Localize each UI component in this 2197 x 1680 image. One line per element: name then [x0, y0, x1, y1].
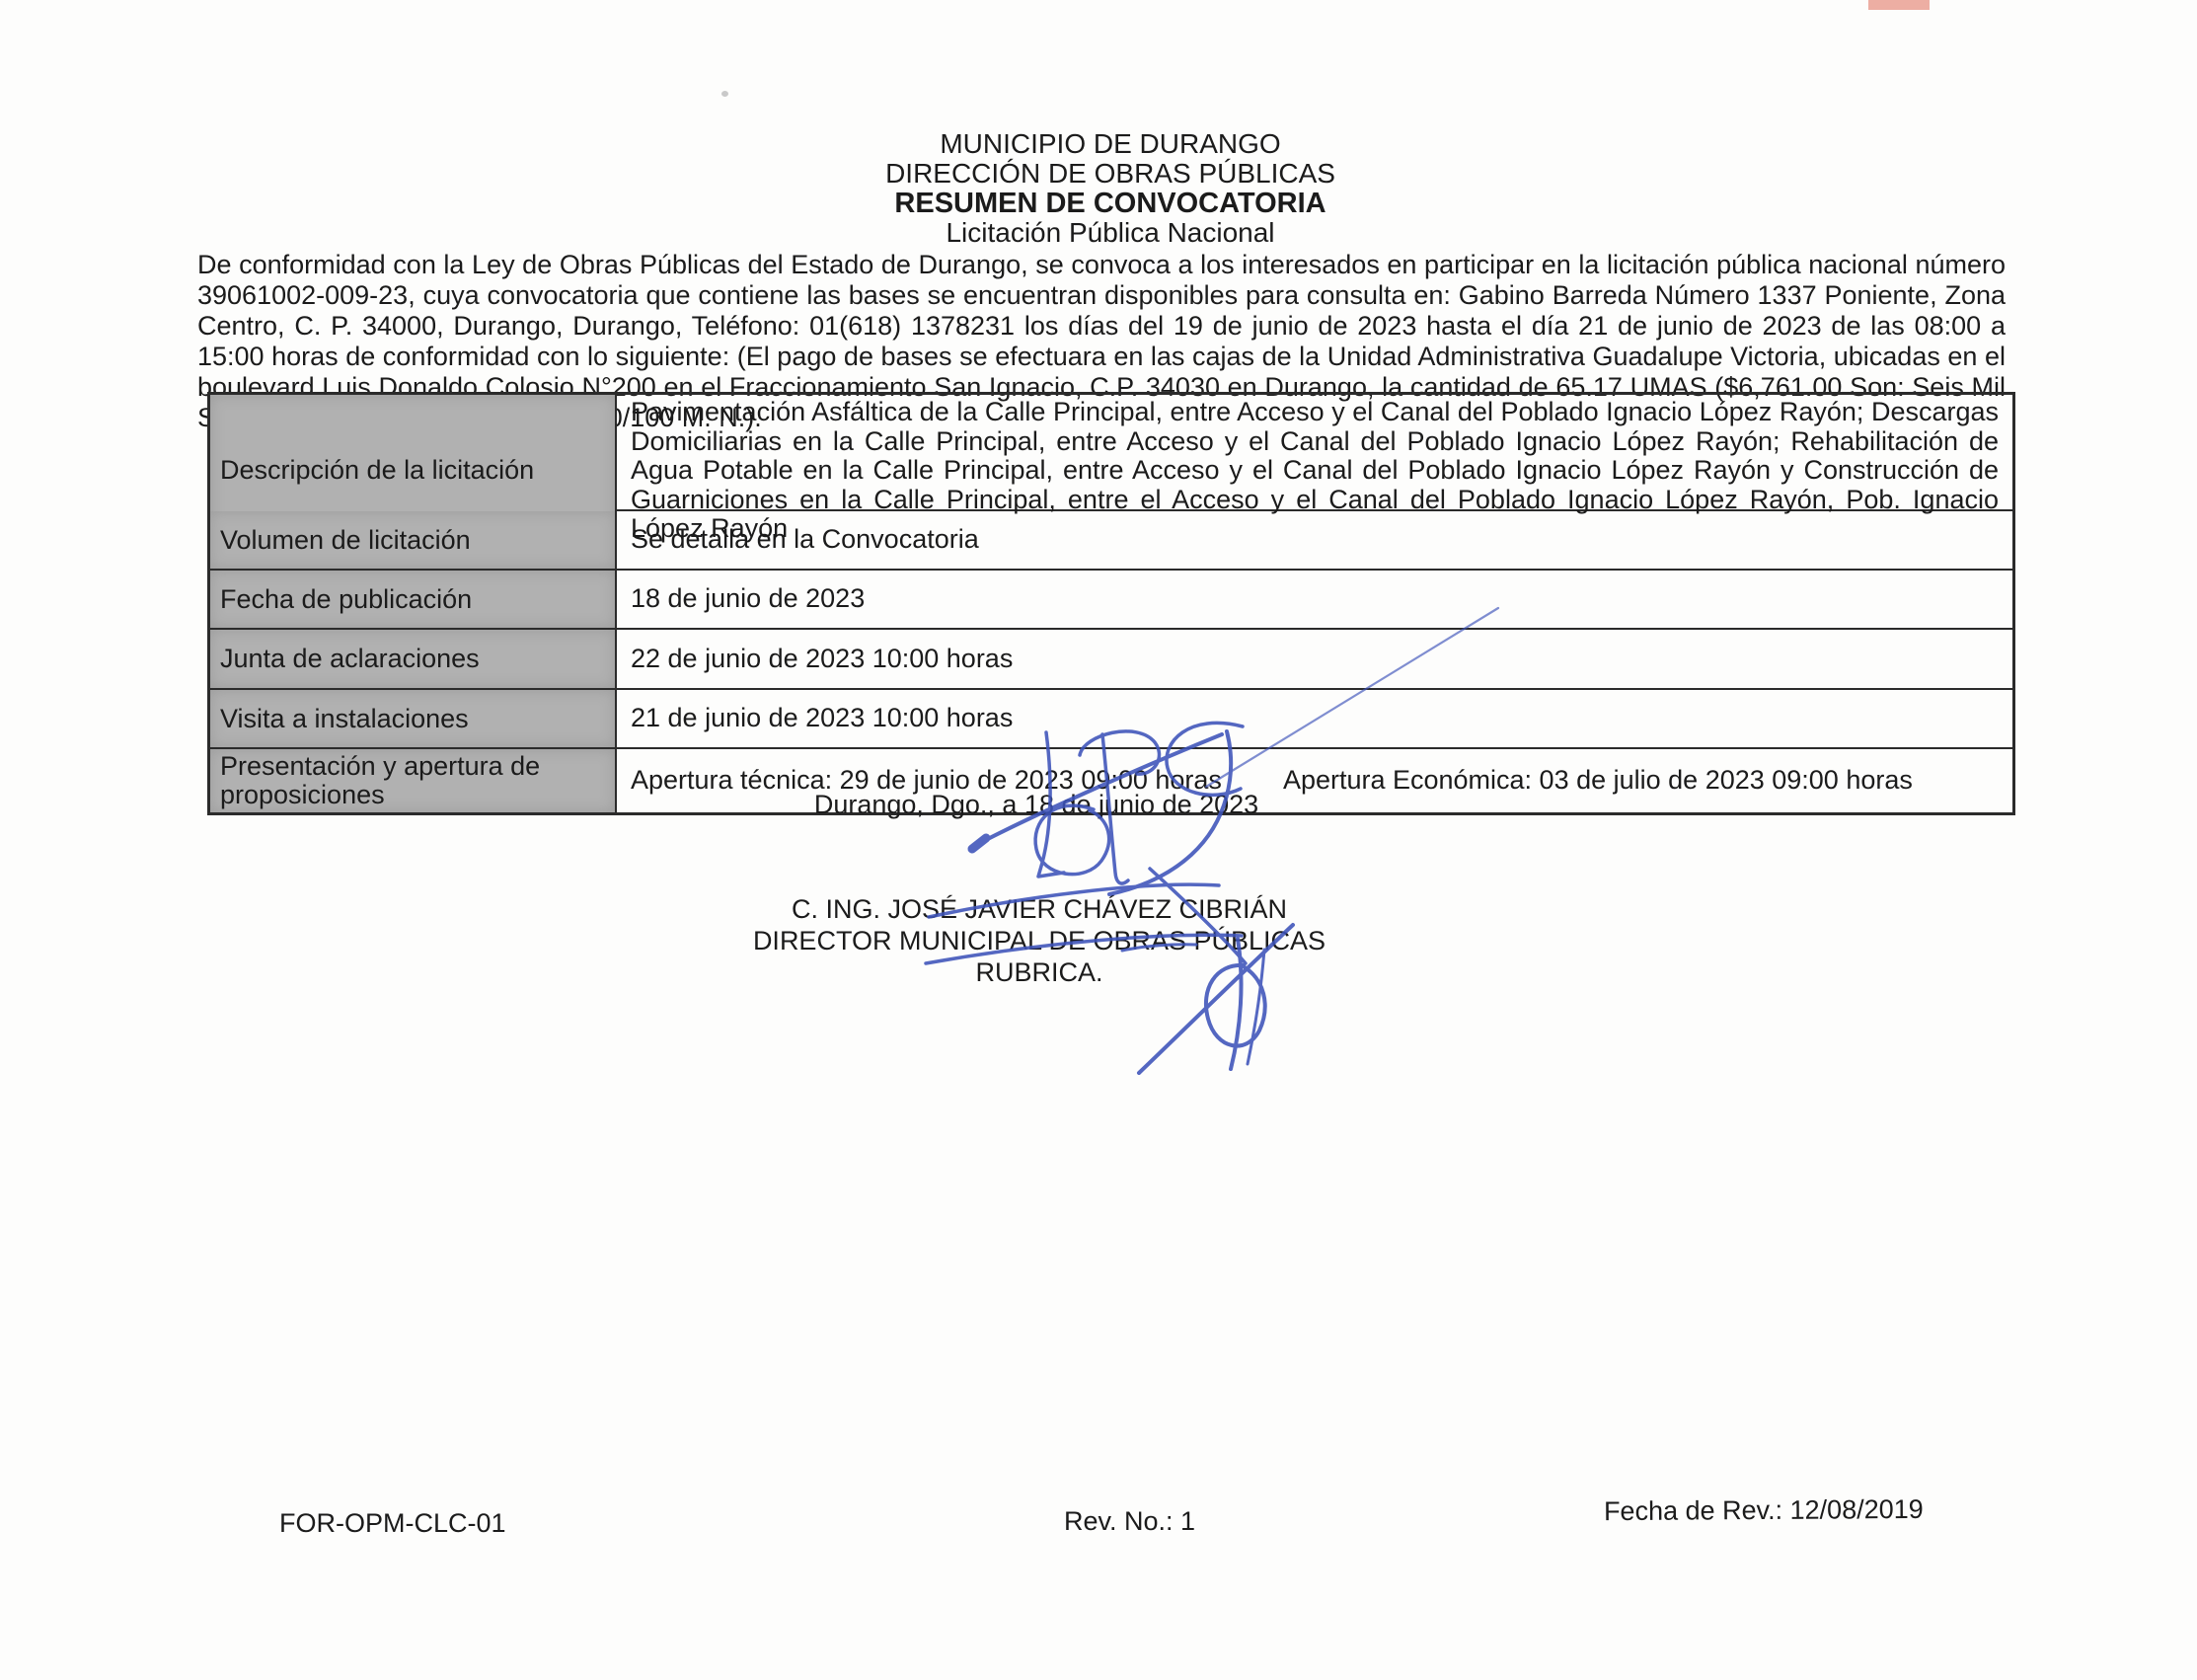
- document-page: MUNICIPIO DE DURANGO DIRECCIÓN DE OBRAS …: [0, 0, 2197, 1680]
- table-cell-value: Se detalla en la Convocatoria: [617, 511, 2012, 569]
- header-licitacion: Licitación Pública Nacional: [24, 218, 2197, 248]
- header-direccion: DIRECCIÓN DE OBRAS PÚBLICAS: [24, 159, 2197, 189]
- table-row: Descripción de la licitación Pavimentaci…: [210, 395, 2012, 509]
- document-header: MUNICIPIO DE DURANGO DIRECCIÓN DE OBRAS …: [0, 129, 2197, 248]
- table-cell-value: 18 de junio de 2023: [617, 571, 2012, 628]
- footer-form-code: FOR-OPM-CLC-01: [279, 1508, 506, 1539]
- header-resumen: RESUMEN DE CONVOCATORIA: [24, 189, 2197, 218]
- table-cell-label: Volumen de licitación: [210, 511, 617, 569]
- signatory-title: DIRECTOR MUNICIPAL DE OBRAS PÚBLICAS: [0, 925, 2079, 956]
- signatory-name: C. ING. JOSÉ JAVIER CHÁVEZ CIBRIÁN: [0, 893, 2079, 925]
- scan-speck: [721, 91, 728, 97]
- header-municipio: MUNICIPIO DE DURANGO: [24, 129, 2197, 159]
- table-cell-label: Fecha de publicación: [210, 571, 617, 628]
- licitacion-table: Descripción de la licitación Pavimentaci…: [207, 392, 2015, 815]
- table-cell-value: 22 de junio de 2023 10:00 horas: [617, 630, 2012, 688]
- table-row: Visita a instalaciones 21 de junio de 20…: [210, 688, 2012, 747]
- table-cell-label: Junta de aclaraciones: [210, 630, 617, 688]
- scan-artifact-strip: [1868, 0, 1930, 10]
- table-row: Fecha de publicación 18 de junio de 2023: [210, 569, 2012, 628]
- table-row: Junta de aclaraciones 22 de junio de 202…: [210, 628, 2012, 688]
- dateline: Durango, Dgo., a 18 de junio de 2023: [0, 790, 2073, 820]
- footer-rev-number: Rev. No.: 1: [1064, 1506, 1195, 1537]
- table-cell-value: 21 de junio de 2023 10:00 horas: [617, 690, 2012, 747]
- table-row: Volumen de licitación Se detalla en la C…: [210, 509, 2012, 569]
- table-cell-label: Visita a instalaciones: [210, 690, 617, 747]
- signature-block: C. ING. JOSÉ JAVIER CHÁVEZ CIBRIÁN DIREC…: [0, 893, 2079, 988]
- footer-rev-date: Fecha de Rev.: 12/08/2019: [1604, 1494, 1924, 1527]
- signature-rubric-label: RUBRICA.: [0, 956, 2079, 988]
